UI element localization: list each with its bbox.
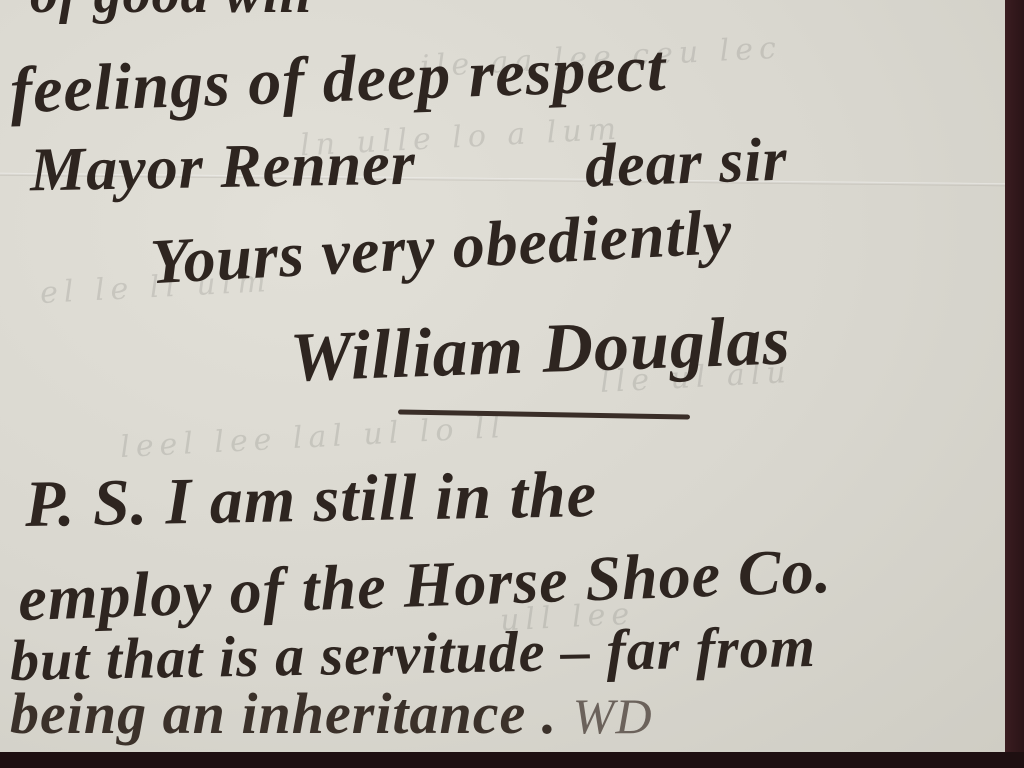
frame-edge-bottom [0, 752, 1024, 768]
valediction: Yours very obediently [148, 195, 734, 299]
postscript-line-1: P. S. I am still in the [24, 457, 597, 543]
letter-line-addressee: Mayor Renner [29, 129, 416, 207]
letter-page: ile aa lee ceu lec ln ulle lo a lum el l… [0, 0, 1005, 752]
letter-line-dear-sir: dear sir [584, 124, 789, 202]
bleed-through-text: leel lee lal ul lo ll [119, 410, 507, 465]
postscript-line-4: being an inheritance . WD [10, 680, 653, 747]
postscript-initials: WD [573, 688, 653, 744]
frame-edge-right [1005, 0, 1024, 768]
letter-line-fragment: of good will [30, 0, 313, 26]
postscript-line-4-text: being an inheritance . [10, 681, 557, 746]
